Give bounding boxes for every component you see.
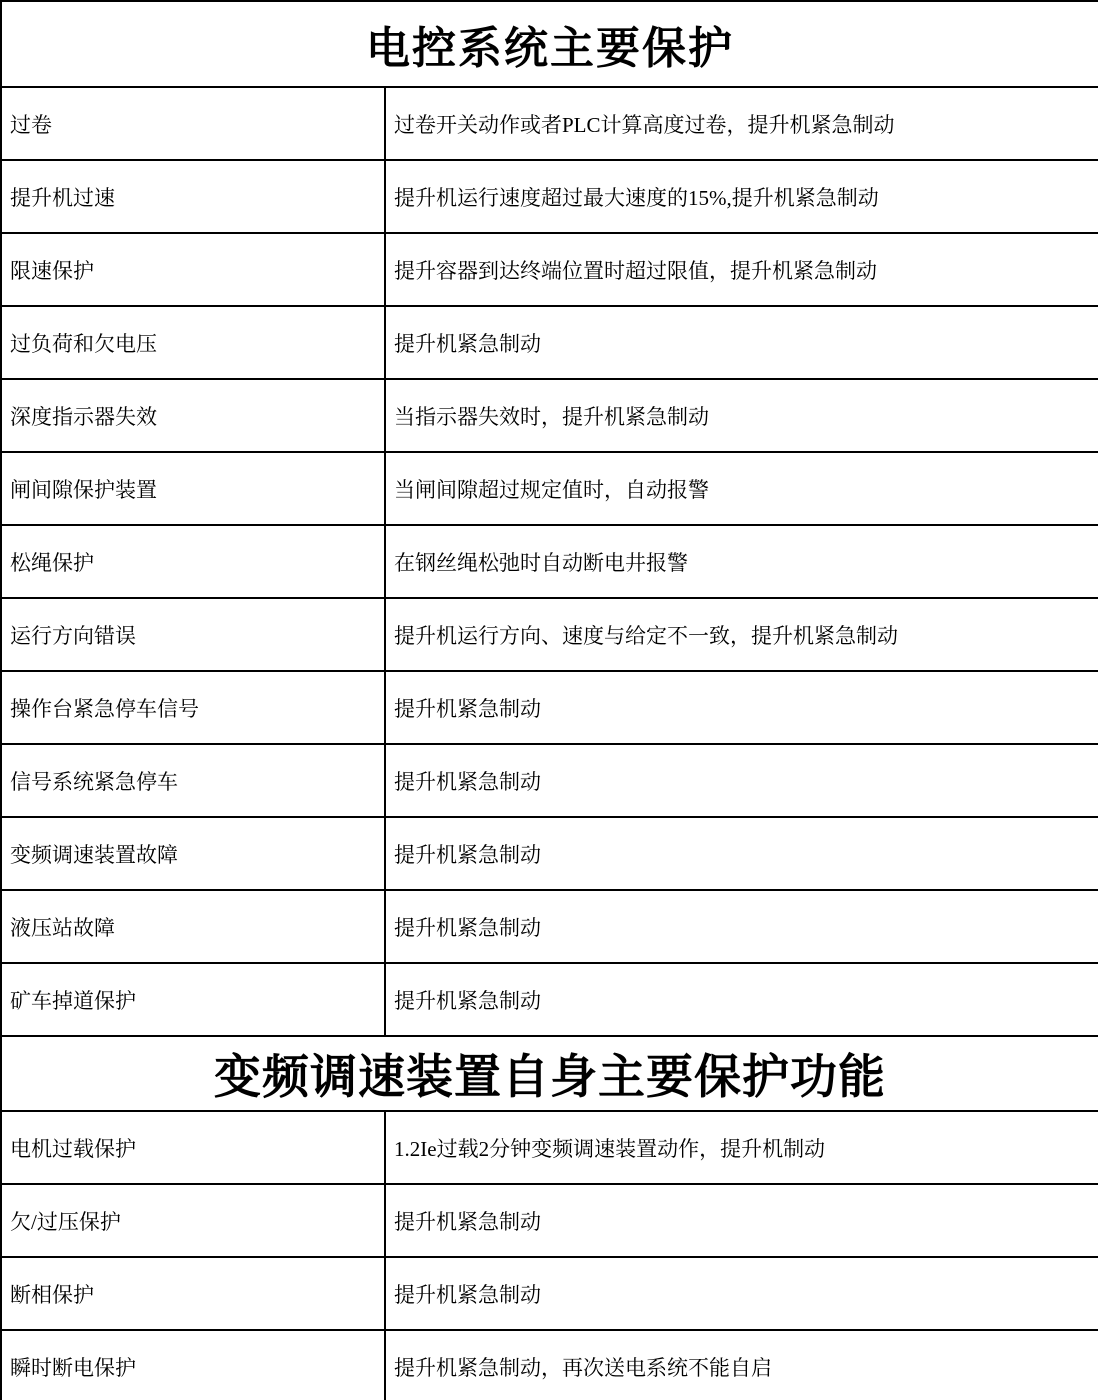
protection-name: 限速保护 (1, 233, 385, 306)
protection-name: 松绳保护 (1, 525, 385, 598)
table-row: 欠/过压保护提升机紧急制动 (1, 1184, 1098, 1257)
table-row: 闸间隙保护装置当闸间隙超过规定值时，自动报警 (1, 452, 1098, 525)
table-row: 深度指示器失效当指示器失效时，提升机紧急制动 (1, 379, 1098, 452)
protection-name: 提升机过速 (1, 160, 385, 233)
protection-desc: 1.2Ie过载2分钟变频调速装置动作，提升机制动 (385, 1111, 1098, 1184)
protection-name: 运行方向错误 (1, 598, 385, 671)
protection-name: 欠/过压保护 (1, 1184, 385, 1257)
table-row: 过卷过卷开关动作或者PLC计算高度过卷，提升机紧急制动 (1, 87, 1098, 160)
table-title: 电控系统主要保护 (1, 1, 1098, 87)
table-row: 限速保护提升容器到达终端位置时超过限值，提升机紧急制动 (1, 233, 1098, 306)
protection-name: 变频调速装置故障 (1, 817, 385, 890)
protection-desc: 提升机紧急制动 (385, 671, 1098, 744)
protection-desc: 当指示器失效时，提升机紧急制动 (385, 379, 1098, 452)
section-header-row: 电控系统主要保护 (1, 1, 1098, 87)
protection-desc: 提升机紧急制动 (385, 817, 1098, 890)
protection-desc: 提升机运行方向、速度与给定不一致，提升机紧急制动 (385, 598, 1098, 671)
table-row: 信号系统紧急停车提升机紧急制动 (1, 744, 1098, 817)
protection-table-body: 电控系统主要保护过卷过卷开关动作或者PLC计算高度过卷，提升机紧急制动提升机过速… (1, 1, 1098, 1400)
table-row: 瞬时断电保护提升机紧急制动，再次送电系统不能自启 (1, 1330, 1098, 1400)
protection-desc: 提升机运行速度超过最大速度的15%,提升机紧急制动 (385, 160, 1098, 233)
protection-name: 瞬时断电保护 (1, 1330, 385, 1400)
protection-desc: 当闸间隙超过规定值时，自动报警 (385, 452, 1098, 525)
protection-name: 液压站故障 (1, 890, 385, 963)
protection-name: 过负荷和欠电压 (1, 306, 385, 379)
table-row: 提升机过速提升机运行速度超过最大速度的15%,提升机紧急制动 (1, 160, 1098, 233)
table-row: 液压站故障提升机紧急制动 (1, 890, 1098, 963)
table-row: 运行方向错误提升机运行方向、速度与给定不一致，提升机紧急制动 (1, 598, 1098, 671)
protection-name: 深度指示器失效 (1, 379, 385, 452)
table-row: 电机过载保护1.2Ie过载2分钟变频调速装置动作，提升机制动 (1, 1111, 1098, 1184)
protection-desc: 提升容器到达终端位置时超过限值，提升机紧急制动 (385, 233, 1098, 306)
protection-desc: 在钢丝绳松弛时自动断电井报警 (385, 525, 1098, 598)
protection-desc: 提升机紧急制动 (385, 963, 1098, 1036)
protection-name: 矿车掉道保护 (1, 963, 385, 1036)
protection-desc: 过卷开关动作或者PLC计算高度过卷，提升机紧急制动 (385, 87, 1098, 160)
protection-name: 信号系统紧急停车 (1, 744, 385, 817)
table-row: 过负荷和欠电压提升机紧急制动 (1, 306, 1098, 379)
section-title: 变频调速装置自身主要保护功能 (1, 1036, 1098, 1111)
protection-name: 过卷 (1, 87, 385, 160)
table-row: 变频调速装置故障提升机紧急制动 (1, 817, 1098, 890)
protection-table: 电控系统主要保护过卷过卷开关动作或者PLC计算高度过卷，提升机紧急制动提升机过速… (0, 0, 1098, 1400)
protection-desc: 提升机紧急制动 (385, 1257, 1098, 1330)
protection-name: 电机过载保护 (1, 1111, 385, 1184)
protection-desc: 提升机紧急制动 (385, 306, 1098, 379)
table-row: 操作台紧急停车信号提升机紧急制动 (1, 671, 1098, 744)
protection-desc: 提升机紧急制动，再次送电系统不能自启 (385, 1330, 1098, 1400)
table-row: 矿车掉道保护提升机紧急制动 (1, 963, 1098, 1036)
protection-name: 闸间隙保护装置 (1, 452, 385, 525)
protection-name: 操作台紧急停车信号 (1, 671, 385, 744)
protection-name: 断相保护 (1, 1257, 385, 1330)
protection-desc: 提升机紧急制动 (385, 744, 1098, 817)
table-row: 松绳保护在钢丝绳松弛时自动断电井报警 (1, 525, 1098, 598)
protection-desc: 提升机紧急制动 (385, 1184, 1098, 1257)
table-row: 断相保护提升机紧急制动 (1, 1257, 1098, 1330)
protection-desc: 提升机紧急制动 (385, 890, 1098, 963)
section-header-row: 变频调速装置自身主要保护功能 (1, 1036, 1098, 1111)
